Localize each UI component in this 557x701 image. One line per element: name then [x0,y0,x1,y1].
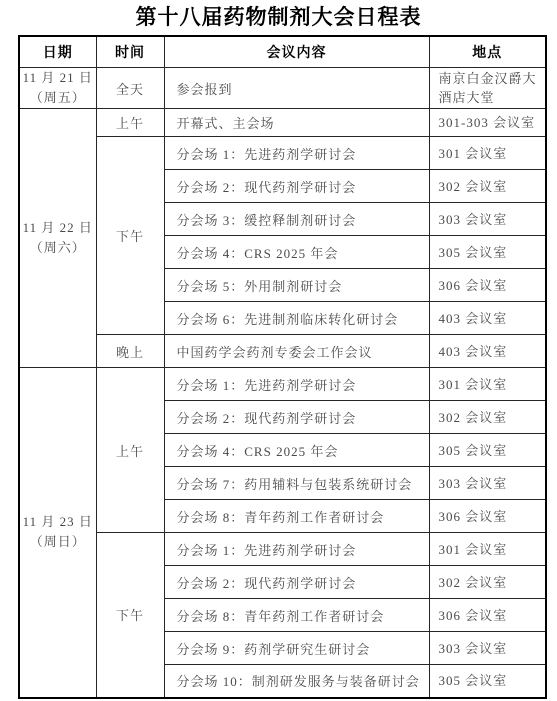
col-header-date: 日期 [19,36,96,68]
event-content: 分会场 1：先进药剂学研讨会 [164,137,429,170]
event-content: 分会场 3：缓控释制剂研讨会 [164,203,429,236]
event-content: 分会场 1：先进药剂学研讨会 [164,368,429,401]
event-content: 分会场 6：先进制剂临床转化研讨会 [164,302,429,335]
col-header-time: 时间 [96,36,164,68]
event-content: 分会场 4：CRS 2025 年会 [164,434,429,467]
schedule-table: 日期 时间 会议内容 地点 11 月 21 日 （周五） 全天 参会报到 南京白… [18,35,547,699]
event-content: 分会场 10：制剂研发服务与装备研讨会 [164,665,429,698]
event-location: 305 会议室 [429,236,546,269]
time-cell-afternoon-nov22: 下午 [96,137,164,335]
time-cell-morning-nov22: 上午 [96,109,164,137]
event-content: 参会报到 [164,68,429,109]
date-cell-nov22: 11 月 22 日 （周六） [19,109,96,368]
event-location: 306 会议室 [429,599,546,632]
document-page: { "title": "第十八届药物制剂大会日程表", "headers": {… [0,0,557,701]
event-location: 301 会议室 [429,368,546,401]
event-location: 301-303 会议室 [429,109,546,137]
event-location: 301 会议室 [429,137,546,170]
event-content: 分会场 4：CRS 2025 年会 [164,236,429,269]
table-row: 11 月 21 日 （周五） 全天 参会报到 南京白金汉爵大酒店大堂 [19,68,546,109]
event-content: 分会场 7：药用辅料与包装系统研讨会 [164,467,429,500]
event-content: 分会场 8：青年药剂工作者研讨会 [164,500,429,533]
date-line-1: 11 月 21 日 [20,68,96,88]
table-row: 下午 分会场 1：先进药剂学研讨会 301 会议室 [19,533,546,566]
event-location: 303 会议室 [429,632,546,665]
table-row: 11 月 22 日 （周六） 上午 开幕式、主会场 301-303 会议室 [19,109,546,137]
event-location: 303 会议室 [429,467,546,500]
date-line-1: 11 月 23 日 [20,512,96,532]
event-content: 分会场 8：青年药剂工作者研讨会 [164,599,429,632]
event-content: 分会场 2：现代药剂学研讨会 [164,170,429,203]
event-location: 305 会议室 [429,665,546,698]
table-row: 晚上 中国药学会药剂专委会工作会议 403 会议室 [19,335,546,368]
date-line-2: （周五） [20,88,96,108]
event-content: 分会场 5：外用制剂研讨会 [164,269,429,302]
header-row: 日期 时间 会议内容 地点 [19,36,546,68]
event-location: 403 会议室 [429,302,546,335]
event-location: 303 会议室 [429,203,546,236]
page-title: 第十八届药物制剂大会日程表 [0,5,557,29]
event-location: 302 会议室 [429,566,546,599]
table-row: 下午 分会场 1：先进药剂学研讨会 301 会议室 [19,137,546,170]
date-cell-nov21: 11 月 21 日 （周五） [19,68,96,109]
date-cell-nov23: 11 月 23 日 （周日） [19,368,96,698]
time-cell-morning-nov23: 上午 [96,368,164,533]
event-content: 分会场 9：药剂学研究生研讨会 [164,632,429,665]
event-content: 分会场 1：先进药剂学研讨会 [164,533,429,566]
time-cell-afternoon-nov23: 下午 [96,533,164,698]
event-content: 开幕式、主会场 [164,109,429,137]
table-row: 11 月 23 日 （周日） 上午 分会场 1：先进药剂学研讨会 301 会议室 [19,368,546,401]
col-header-content: 会议内容 [164,36,429,68]
event-location: 南京白金汉爵大酒店大堂 [429,68,546,109]
time-cell-evening-nov22: 晚上 [96,335,164,368]
event-location: 302 会议室 [429,170,546,203]
event-content: 分会场 2：现代药剂学研讨会 [164,401,429,434]
event-location: 305 会议室 [429,434,546,467]
event-location: 306 会议室 [429,500,546,533]
date-line-2: （周日） [20,532,96,552]
event-location: 306 会议室 [429,269,546,302]
col-header-location: 地点 [429,36,546,68]
date-line-2: （周六） [20,238,96,258]
event-location: 301 会议室 [429,533,546,566]
time-cell-all-day: 全天 [96,68,164,109]
event-location: 403 会议室 [429,335,546,368]
event-location: 302 会议室 [429,401,546,434]
event-content: 分会场 2：现代药剂学研讨会 [164,566,429,599]
date-line-1: 11 月 22 日 [20,218,96,238]
event-content: 中国药学会药剂专委会工作会议 [164,335,429,368]
